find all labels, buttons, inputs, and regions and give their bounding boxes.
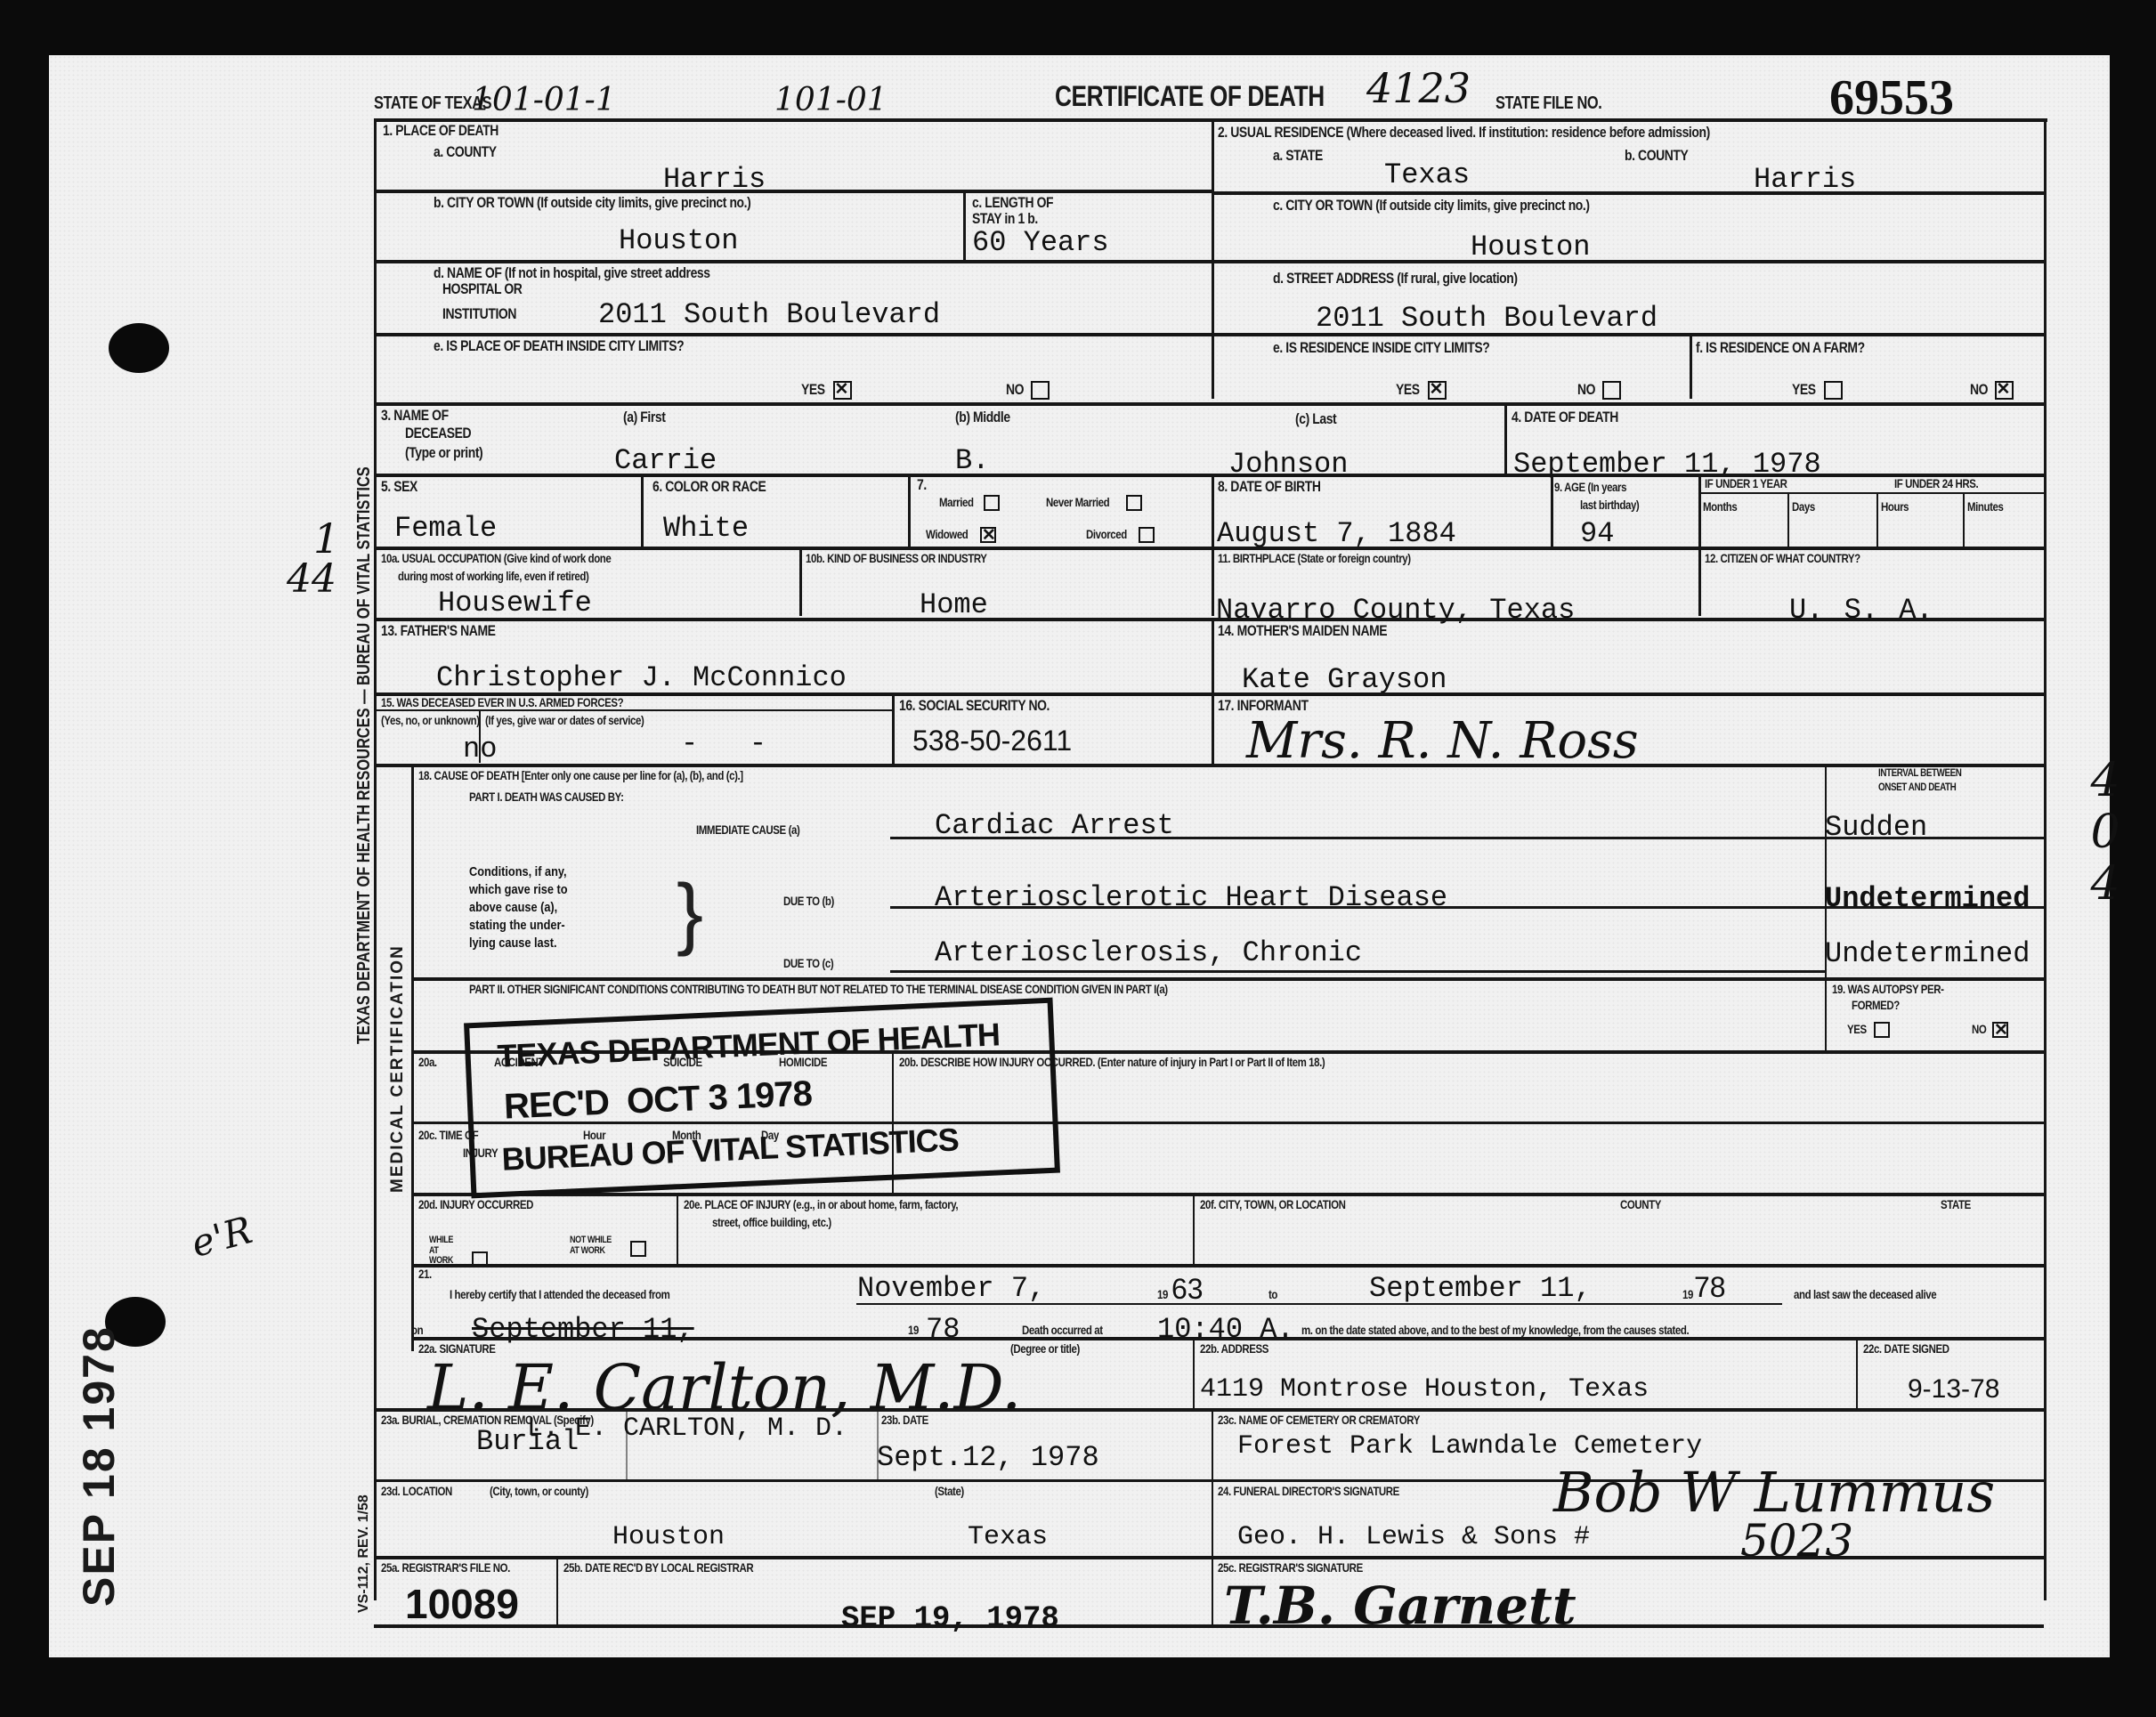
residence-city: Houston	[1471, 233, 1590, 262]
rule	[799, 547, 802, 616]
to-label: to	[1268, 1288, 1277, 1301]
due-to-b-interval: Undetermined	[1825, 885, 2030, 913]
hospital-label-3: INSTITUTION	[442, 306, 516, 322]
farm-no[interactable]: NO	[1970, 381, 2014, 400]
agency-vertical-text: TEXAS DEPARTMENT OF HEALTH RESOURCES — B…	[354, 466, 375, 1044]
while-at-work[interactable]: WHILE AT WORK	[429, 1235, 488, 1268]
citizen-label: 12. CITIZEN OF WHAT COUNTRY?	[1705, 552, 1860, 565]
race: White	[663, 514, 749, 543]
rule	[1193, 1193, 1195, 1264]
attended-from-date: November 7,	[857, 1275, 1045, 1303]
right-margin-number: 4 0 4	[2083, 755, 2128, 910]
armed-forces-label: 15. WAS DECEASED EVER IN U.S. ARMED FORC…	[381, 696, 623, 709]
checkbox[interactable]	[1139, 527, 1155, 543]
residence-county-label: b. COUNTY	[1625, 148, 1688, 164]
divorced-option[interactable]: Divorced	[1086, 527, 1155, 543]
occupation: Housewife	[438, 589, 592, 618]
date-signed: 9-13-78	[1908, 1376, 1999, 1403]
checkbox[interactable]	[984, 495, 1000, 511]
rule	[1963, 492, 1965, 547]
rule	[626, 1408, 628, 1479]
rule	[411, 1264, 2044, 1268]
autopsy-yes[interactable]: YES	[1847, 1022, 1890, 1038]
part2-label: PART II. OTHER SIGNIFICANT CONDITIONS CO…	[469, 983, 1168, 996]
injury-20e-label-2: street, office building, etc.)	[712, 1216, 831, 1229]
interval-label-2: ONSET AND DEATH	[1878, 782, 1956, 793]
father-label: 13. FATHER'S NAME	[381, 623, 496, 639]
checkbox[interactable]	[630, 1241, 646, 1257]
date-of-death-label: 4. DATE OF DEATH	[1512, 409, 1618, 425]
inside-city-label: e. IS PLACE OF DEATH INSIDE CITY LIMITS?	[434, 338, 684, 354]
autopsy-no[interactable]: NO	[1972, 1022, 2008, 1038]
residence-city-label: c. CITY OR TOWN (If outside city limits,…	[1273, 198, 1590, 214]
handwritten-title-number: 4123	[1366, 64, 1471, 112]
rule	[890, 970, 1825, 973]
registrar-file-label: 25a. REGISTRAR'S FILE NO.	[381, 1561, 510, 1575]
county-label: a. COUNTY	[434, 144, 497, 160]
funeral-home: Geo. H. Lewis & Sons #	[1237, 1524, 1590, 1551]
length-of-stay: 60 Years	[972, 229, 1109, 257]
occupation-label-2: during most of working life, even if ret…	[398, 570, 588, 583]
to-year-prefix: 19	[1682, 1288, 1693, 1301]
rule	[374, 618, 2044, 621]
rule	[374, 1624, 2044, 1628]
hospital-label-2: HOSPITAL OR	[442, 281, 522, 297]
cert-number: 21.	[418, 1268, 432, 1281]
residence-inside-city-no[interactable]: NO	[1577, 381, 1621, 400]
months-label: Months	[1703, 500, 1737, 514]
rule	[1698, 492, 2044, 494]
rule	[374, 709, 892, 711]
rule	[1193, 1337, 1195, 1408]
death-time-label: Death occurred at	[1022, 1324, 1103, 1337]
first-name-label: (a) First	[623, 409, 665, 425]
rule	[1212, 474, 1214, 547]
last-name-label: (c) Last	[1295, 411, 1336, 427]
cemetery-name: Forest Park Lawndale Cemetery	[1237, 1433, 1702, 1460]
rule	[2044, 118, 2047, 1600]
burial-city: Houston	[612, 1524, 725, 1551]
race-label: 6. COLOR OR RACE	[652, 479, 766, 495]
never-married-option[interactable]: Never Married	[1046, 495, 1142, 511]
under-24-hrs-label: IF UNDER 24 HRS.	[1894, 477, 1978, 490]
certificate-title: CERTIFICATE OF DEATH	[1055, 82, 1325, 112]
age-label: 9. AGE (In years	[1554, 481, 1626, 494]
rule	[1212, 547, 1214, 616]
rule	[411, 1193, 2044, 1196]
married-option[interactable]: Married	[939, 495, 1000, 511]
address-label: 22b. ADDRESS	[1200, 1342, 1268, 1356]
cert-text-1: I hereby certify that I attended the dec…	[450, 1288, 669, 1301]
rule	[1787, 492, 1789, 547]
city-label: b. CITY OR TOWN (If outside city limits,…	[434, 195, 750, 211]
rule	[1698, 547, 1701, 616]
rule	[374, 692, 2044, 696]
mother-name: Kate Grayson	[1242, 666, 1447, 694]
middle-name-label: (b) Middle	[955, 409, 1010, 425]
hours-label: Hours	[1881, 500, 1909, 514]
burial-date: Sept.12, 1978	[877, 1444, 1099, 1472]
rule	[374, 1556, 2044, 1559]
from-year-prefix: 19	[1157, 1288, 1168, 1301]
state-file-label: STATE FILE NO.	[1495, 94, 1601, 113]
checkbox-checked[interactable]	[1995, 381, 2014, 400]
residence-state: Texas	[1384, 161, 1470, 190]
rule	[963, 190, 966, 260]
rule	[411, 764, 414, 1351]
due-to-c-interval: Undetermined	[1825, 940, 2030, 968]
sex-label: 5. SEX	[381, 479, 417, 495]
rule	[374, 1408, 2044, 1412]
registrar-file-number: 10089	[405, 1580, 519, 1628]
date-of-birth: August 7, 1884	[1217, 520, 1456, 548]
rule	[556, 1556, 558, 1627]
age-label-2: last birthday)	[1580, 498, 1639, 512]
cert-text-2: and last saw the deceased alive	[1794, 1288, 1936, 1301]
hospital-label: d. NAME OF (If not in hospital, give str…	[434, 265, 710, 281]
received-date-stamp: SEP 18 1978	[73, 1325, 125, 1607]
rule	[374, 190, 1212, 193]
cert-text-3: m. on the date stated above, and to the …	[1301, 1324, 1689, 1337]
death-inside-city-yes[interactable]: YES	[801, 381, 852, 400]
middle-name: B.	[955, 447, 989, 475]
widowed-option[interactable]: Widowed	[926, 527, 996, 543]
handwritten-fraction-top: 1	[313, 514, 339, 563]
funeral-director-label: 24. FUNERAL DIRECTOR'S SIGNATURE	[1218, 1485, 1399, 1498]
rule	[374, 474, 2044, 477]
burial-state: Texas	[968, 1524, 1048, 1551]
interval-label: INTERVAL BETWEEN	[1878, 767, 1961, 779]
ssn-label: 16. SOCIAL SECURITY NO.	[899, 698, 1050, 714]
punch-hole-top	[109, 323, 169, 373]
checkbox-checked[interactable]	[1992, 1022, 2008, 1038]
physician-typed-name: L. E. CARLTON, M. D.	[527, 1415, 847, 1442]
due-to-b-label: DUE TO (b)	[783, 895, 834, 908]
social-security-number: 538-50-2611	[912, 726, 1072, 755]
bracket: }	[677, 868, 703, 960]
rule	[1856, 1337, 1858, 1408]
rule	[374, 118, 2047, 122]
occupation-label: 10a. USUAL OCCUPATION (Give kind of work…	[381, 552, 611, 565]
name-label-3: (Type or print)	[405, 445, 482, 461]
rule	[374, 547, 2044, 550]
residence-county: Harris	[1754, 166, 1856, 194]
attended-from-year: 63	[1171, 1275, 1204, 1303]
rule	[1876, 492, 1878, 547]
registrar-date: SEP 19, 1978	[841, 1602, 1059, 1636]
father-name: Christopher J. McConnico	[436, 664, 847, 692]
received-stamp: TEXAS DEPARTMENT OF HEALTH REC'D OCT 3 1…	[464, 998, 1060, 1199]
injury-20e-label: 20e. PLACE OF INJURY (e.g., in or about …	[684, 1198, 958, 1211]
injury-state-label: STATE	[1941, 1198, 1971, 1211]
informant-signature: Mrs. R. N. Ross	[1246, 712, 1639, 770]
physician-address: 4119 Montrose Houston, Texas	[1200, 1376, 1649, 1403]
armed-forces: no	[463, 735, 497, 764]
location-label: 23d. LOCATION	[381, 1485, 452, 1498]
rule	[374, 333, 2044, 336]
burial-date-label: 23b. DATE	[881, 1413, 928, 1427]
residence-state-label: a. STATE	[1273, 148, 1323, 164]
rule	[856, 1303, 1782, 1305]
checkbox[interactable]	[1874, 1022, 1890, 1038]
rule	[892, 692, 895, 764]
marital-label: 7.	[917, 477, 927, 493]
armed-dates: - -	[681, 730, 766, 758]
due-to-c: Arteriosclerosis, Chronic	[935, 939, 1362, 968]
medical-certification-label: MEDICAL CERTIFICATION	[388, 944, 408, 1193]
date-signed-label: 22c. DATE SIGNED	[1863, 1342, 1949, 1356]
checkbox-checked[interactable]	[833, 381, 852, 400]
autopsy-label-2: FORMED?	[1852, 999, 1900, 1012]
conditions-note: Conditions, if any, which gave rise to a…	[469, 863, 568, 952]
death-city: Houston	[619, 227, 738, 255]
rule	[1825, 977, 1827, 1050]
name-label: 3. NAME OF	[381, 408, 449, 424]
residence-inside-city-yes[interactable]: YES	[1396, 381, 1447, 400]
farm-yes[interactable]: YES	[1792, 381, 1843, 400]
rule	[1698, 474, 1701, 547]
rule	[374, 260, 2044, 263]
name-label-2: DECEASED	[405, 425, 471, 441]
mother-label: 14. MOTHER'S MAIDEN NAME	[1218, 623, 1387, 639]
checkbox[interactable]	[1126, 495, 1142, 511]
under-1-year-label: IF UNDER 1 YEAR	[1705, 477, 1787, 490]
rule	[1551, 474, 1553, 547]
residence-inside-city-label: e. IS RESIDENCE INSIDE CITY LIMITS?	[1273, 340, 1489, 356]
rule	[1212, 118, 1214, 399]
checkbox-checked[interactable]	[980, 527, 996, 543]
checkbox-checked[interactable]	[1428, 381, 1447, 400]
registrar-signature-label: 25c. REGISTRAR'S SIGNATURE	[1218, 1561, 1363, 1575]
injury-county-label: COUNTY	[1620, 1198, 1661, 1211]
dob-label: 8. DATE OF BIRTH	[1218, 479, 1321, 495]
minutes-label: Minutes	[1967, 500, 2004, 514]
armed-sub-label-1: (Yes, no, or unknown)	[381, 714, 480, 727]
first-name: Carrie	[614, 447, 717, 475]
injury-20f-label: 20f. CITY, TOWN, OR LOCATION	[1200, 1198, 1346, 1211]
checkbox[interactable]	[1602, 381, 1621, 400]
immediate-interval: Sudden	[1825, 814, 1927, 842]
last-seen-year-prefix: 19	[908, 1324, 919, 1337]
location-city-label: (City, town, or county)	[490, 1485, 588, 1498]
checkbox[interactable]	[1031, 381, 1050, 400]
age: 94	[1580, 520, 1614, 548]
form-number: VS-112, REV. 1/58	[356, 1494, 372, 1613]
stay-label: c. LENGTH OF STAY in 1 b.	[972, 195, 1074, 227]
rule	[677, 1193, 678, 1264]
checkbox[interactable]	[1824, 381, 1843, 400]
cause-of-death-label: 18. CAUSE OF DEATH [Enter only one cause…	[418, 769, 743, 782]
business: Home	[920, 591, 988, 620]
street-label: d. STREET ADDRESS (If rural, give locati…	[1273, 271, 1518, 287]
not-while-at-work[interactable]: NOT WHILE AT WORK	[570, 1235, 646, 1258]
rule	[374, 118, 377, 1600]
residence-street: 2011 South Boulevard	[1316, 304, 1658, 333]
registrar-date-label: 25b. DATE REC'D BY LOCAL REGISTRAR	[563, 1561, 753, 1575]
attended-to-date: September 11,	[1369, 1275, 1592, 1303]
rule	[1212, 191, 2044, 195]
due-to-c-label: DUE TO (c)	[783, 957, 833, 970]
injury-20d-label: 20d. INJURY OCCURRED	[418, 1198, 533, 1211]
rule	[641, 474, 644, 547]
business-label: 10b. KIND OF BUSINESS OR INDUSTRY	[806, 552, 987, 565]
usual-residence-label: 2. USUAL RESIDENCE (Where deceased lived…	[1218, 125, 1710, 141]
armed-sub-label-2: (If yes, give war or dates of service)	[485, 714, 644, 727]
attended-to-year: 78	[1694, 1273, 1726, 1301]
cemetery-label: 23c. NAME OF CEMETERY OR CREMATORY	[1218, 1413, 1420, 1427]
part1-label: PART I. DEATH WAS CAUSED BY:	[469, 790, 623, 804]
birthplace-label: 11. BIRTHPLACE (State or foreign country…	[1218, 552, 1411, 565]
on-label: on	[411, 1324, 423, 1337]
rule	[411, 1337, 2044, 1340]
autopsy-label: 19. WAS AUTOPSY PER-	[1832, 983, 1944, 996]
rule	[908, 474, 911, 547]
death-inside-city-no[interactable]: NO	[1006, 381, 1050, 400]
place-of-death-label: 1. PLACE OF DEATH	[383, 123, 498, 139]
injury-20a-label: 20a.	[418, 1056, 437, 1069]
rule	[374, 764, 2044, 767]
rule	[411, 977, 2044, 981]
handwritten-code-1: 101-01-1	[472, 82, 616, 118]
rule	[1212, 618, 1214, 692]
rule	[1212, 692, 1214, 764]
rule	[1690, 333, 1692, 399]
location-state-label: (State)	[935, 1485, 964, 1498]
hospital-name: 2011 South Boulevard	[598, 301, 940, 329]
sex: Female	[394, 514, 497, 543]
days-label: Days	[1792, 500, 1815, 514]
on-farm-label: f. IS RESIDENCE ON A FARM?	[1696, 340, 1865, 356]
rule	[374, 402, 2044, 406]
handwritten-fraction-bottom: 44	[287, 556, 336, 602]
rule	[1212, 1556, 1213, 1627]
immediate-cause-label: IMMEDIATE CAUSE (a)	[696, 823, 799, 837]
rule	[1504, 402, 1507, 474]
handwritten-code-2: 101-01	[774, 82, 888, 118]
